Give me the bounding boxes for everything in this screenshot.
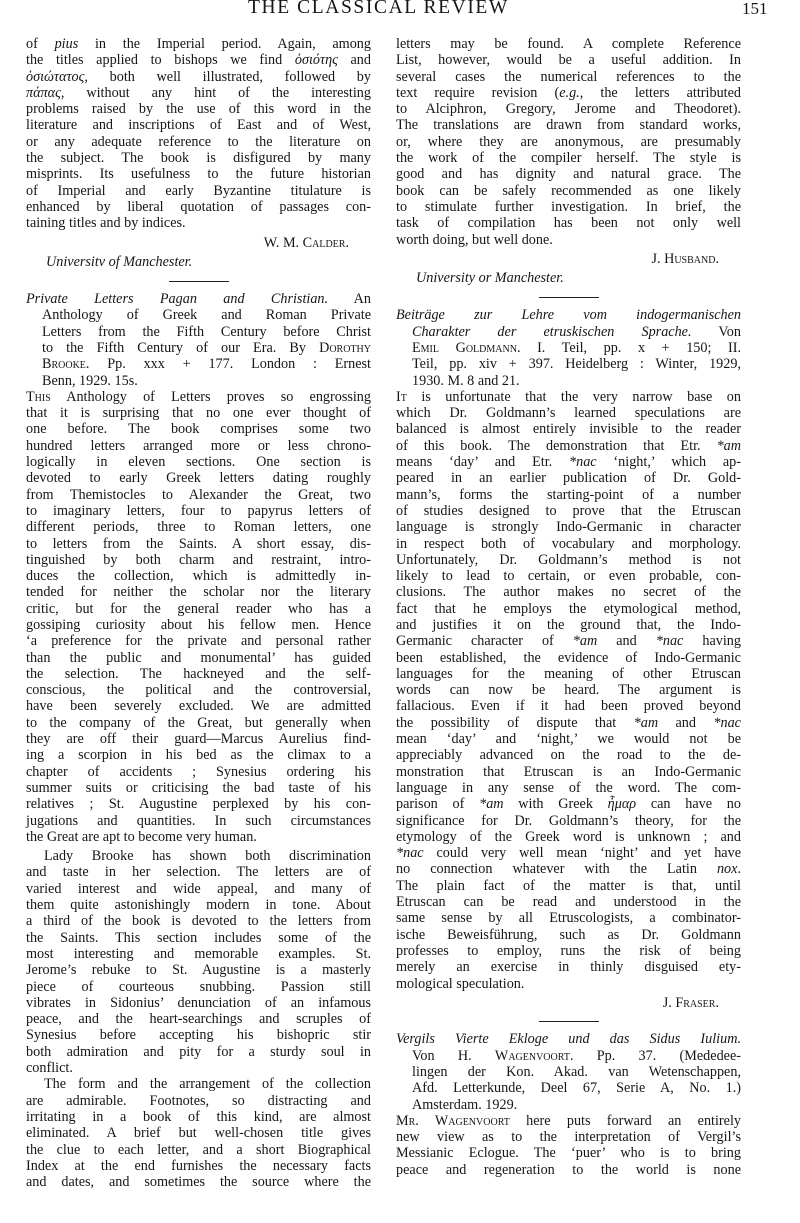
text-line: professes to employ, runs the risk of be… — [396, 943, 741, 959]
text-line: language is strongly Indo-Germanic in ch… — [396, 519, 741, 535]
text-line: clusions. The author makes no secret of … — [396, 584, 741, 600]
citation-line: Anthology of Greek and Roman Private — [26, 307, 371, 323]
text-line: hundred letters arranged more or less ch… — [26, 438, 371, 454]
reviewer-signature: J. Fraser. — [396, 992, 741, 1012]
text-line: Index at the end furnishes the necessary… — [26, 1158, 371, 1174]
reviewer-affiliation: Universitv of Manchester. — [26, 252, 371, 272]
text-line: Lady Brooke has shown both discriminatio… — [26, 848, 371, 864]
text-line: monstration that Etruscan is an Indo-Ger… — [396, 764, 741, 780]
text-line: etymology of the Greek word is unknown ;… — [396, 829, 741, 845]
text-line: Synesius before accepting his bishopric … — [26, 1027, 371, 1043]
text-line: Unfortunately, Dr. Goldmann’s method is … — [396, 552, 741, 568]
text-line: *nac could very well mean ‘night’ and ye… — [396, 845, 741, 861]
text-line: misprints. Its usefulness to the future … — [26, 166, 371, 182]
text-line: they are off their guard—Marcus Aurelius… — [26, 731, 371, 747]
text-line: This Anthology of Letters proves so engr… — [26, 389, 371, 405]
text-line: literature and inscriptions of East and … — [26, 117, 371, 133]
citation-line: Afd. Letterkunde, Deel 67, Serie A, No. … — [396, 1080, 741, 1096]
text-line: than the public and monumental’ has guid… — [26, 650, 371, 666]
text-line: tinguished by both charm and restraint, … — [26, 552, 371, 568]
text-line: and justifies it on the ground that, the… — [396, 617, 741, 633]
text-line: πάπας, without any hint of the interesti… — [26, 85, 371, 101]
text-line: conflict. — [26, 1060, 371, 1076]
text-line: ὁσιώτατος, both well illustrated, follow… — [26, 69, 371, 85]
text-line: varied interest and wide appeal, and man… — [26, 881, 371, 897]
text-line: in respect both of vocabulary and morpho… — [396, 536, 741, 552]
text-line: to Alciphron, Gregory, Jerome and Theodo… — [396, 101, 741, 117]
text-line: most interesting and memorable examples.… — [26, 946, 371, 962]
text-line: mann’s, forms the starting-point of a nu… — [396, 487, 741, 503]
text-line: peared in an earlier publication of Dr. … — [396, 470, 741, 486]
text-line: the work of the compiler herself. The st… — [396, 150, 741, 166]
text-line: peace, and the heart-searchings and scru… — [26, 1011, 371, 1027]
brooke-review-conclusion: letters may be found. A complete Referen… — [396, 36, 741, 248]
citation-line: Benn, 1929. 15s. — [26, 373, 371, 389]
text-line: task of compilation has been not only we… — [396, 215, 741, 231]
text-line: or any adequate reference to the literat… — [26, 134, 371, 150]
text-line: logically in eleven sections. One sectio… — [26, 454, 371, 470]
calder-review-conclusion: of pius in the Imperial period. Again, a… — [26, 36, 371, 232]
text-line: Germanic character of *am and *nac havin… — [396, 633, 741, 649]
text-line: of this book. The demonstration that Etr… — [396, 438, 741, 454]
text-line: different periods, three to Roman letter… — [26, 519, 371, 535]
text-line: The plain fact of the matter is that, un… — [396, 878, 741, 894]
text-line: enhanced by liberal quotation of passage… — [26, 199, 371, 215]
text-line: or, where they are anonymous, are presum… — [396, 134, 741, 150]
brooke-review-paragraph-2: Lady Brooke has shown both discriminatio… — [26, 848, 371, 1076]
text-line: summer suits or criticising the bad tast… — [26, 780, 371, 796]
text-line: book can be safely recommended as one li… — [396, 183, 741, 199]
text-line: mean ‘day’ and ‘night,’ we would not be — [396, 731, 741, 747]
citation-line: Emil Goldmann. I. Teil, pp. x + 150; II. — [396, 340, 741, 356]
goldmann-review-paragraph: It is unfortunate that the very narrow b… — [396, 389, 741, 992]
text-line: tended for neither the scholar nor the l… — [26, 584, 371, 600]
citation-line: Charakter der etruskischen Sprache. Von — [396, 324, 741, 340]
text-line: the titles applied to bishops we find ὁσ… — [26, 52, 371, 68]
text-line: The form and the arrangement of the coll… — [26, 1076, 371, 1092]
text-line: a third of the book is devoted to the le… — [26, 913, 371, 929]
text-line: are admirable. Footnotes, so distracting… — [26, 1093, 371, 1109]
text-line: fallacious. Even if it had been proved b… — [396, 698, 741, 714]
brooke-review-paragraph-1: This Anthology of Letters proves so engr… — [26, 389, 371, 845]
text-line: languages for the meaning of other Etrus… — [396, 666, 741, 682]
reviewer-signature: W. M. Calder. — [26, 232, 371, 252]
text-line: fact that he employs the etymological me… — [396, 601, 741, 617]
section-divider — [539, 1021, 599, 1023]
text-line: to the company of the Great, but general… — [26, 715, 371, 731]
text-line: ‘a preference for the private and person… — [26, 633, 371, 649]
left-column: of pius in the Imperial period. Again, a… — [26, 36, 371, 1190]
text-line: several cases the numerical references t… — [396, 69, 741, 85]
journal-title: THE CLASSICAL REVIEW — [248, 0, 509, 19]
text-line: the clue to each letter, and a short Bio… — [26, 1142, 371, 1158]
text-line: balanced is almost entirely invisible to… — [396, 421, 741, 437]
text-line: Messianic Eclogue. The ‘puer’ who is to … — [396, 1145, 741, 1161]
citation-line: Teil, pp. xiv + 397. Heidelberg : Winter… — [396, 356, 741, 372]
text-line: the Saints. This section includes some o… — [26, 930, 371, 946]
text-line: both admiration and pity for a sturdy so… — [26, 1044, 371, 1060]
page-number: 151 — [742, 0, 768, 19]
right-column: letters may be found. A complete Referen… — [396, 36, 741, 1178]
citation-line: Vergils Vierte Ekloge und das Sidus Iuli… — [396, 1031, 741, 1047]
citation-line: Beiträge zur Lehre vom indogermanischen — [396, 307, 741, 323]
text-line: duces the collection, which is admittedl… — [26, 568, 371, 584]
text-line: relatives ; St. Augustine perplexed by h… — [26, 796, 371, 812]
text-line: no connection whatever with the Latin no… — [396, 861, 741, 877]
citation-line: 1930. M. 8 and 21. — [396, 373, 741, 389]
text-line: language in any sense of the word. The c… — [396, 780, 741, 796]
text-line: ische Beweisführung, such as Dr. Goldman… — [396, 927, 741, 943]
text-line: Etruscan can be read and understood in t… — [396, 894, 741, 910]
text-line: problems raised by the use of this word … — [26, 101, 371, 117]
text-line: devoted to early Greek letters dating ro… — [26, 470, 371, 486]
citation-line: to the Fifth Century of our Era. By Doro… — [26, 340, 371, 356]
reviewer-signature: J. Husband. — [396, 248, 741, 268]
text-line: List, however, would be a useful additio… — [396, 52, 741, 68]
reviewer-affiliation: University or Manchester. — [396, 268, 741, 288]
citation-line: lingen der Kon. Akad. van Wetenschappen, — [396, 1064, 741, 1080]
text-line: of Imperial and early Byzantine titulatu… — [26, 183, 371, 199]
brooke-review-paragraph-3: The form and the arrangement of the coll… — [26, 1076, 371, 1190]
text-line: the subject. The book is disfigured by m… — [26, 150, 371, 166]
text-line: been established, the evidence of Indo-G… — [396, 650, 741, 666]
text-line: letters may be found. A complete Referen… — [396, 36, 741, 52]
text-line: from Themistocles to Alexander the Great… — [26, 487, 371, 503]
text-line: piece of courteous snubbing. Passion sti… — [26, 979, 371, 995]
text-line: merely an exercise in thinly disguised e… — [396, 959, 741, 975]
text-line: means ‘day’ and Etr. *nac ‘night,’ which… — [396, 454, 741, 470]
wagenvoort-review-paragraph: Mr. Wagenvoort here puts forward an enti… — [396, 1113, 741, 1178]
text-line: parison of *am with Greek ἦμαρ can have … — [396, 796, 741, 812]
brooke-citation: Private Letters Pagan and Christian. An … — [26, 291, 371, 389]
text-line: eliminated. A brief but well-chosen titl… — [26, 1125, 371, 1141]
text-line: The translations are drawn from standard… — [396, 117, 741, 133]
text-line: the Great are apt to become very human. — [26, 829, 371, 845]
text-line: good and has dignity and natural grace. … — [396, 166, 741, 182]
text-line: to imaginary letters, four to papyrus le… — [26, 503, 371, 519]
text-line: and taste in her selection. The letters … — [26, 864, 371, 880]
text-line: them quite astonishingly modern in tone.… — [26, 897, 371, 913]
citation-line: Brooke. Pp. xxx + 177. London : Ernest — [26, 356, 371, 372]
text-line: same sense by all Etruscologists, a comb… — [396, 910, 741, 926]
text-line: which Dr. Goldmann’s learned speculation… — [396, 405, 741, 421]
text-line: conscious, the political and the controv… — [26, 682, 371, 698]
text-line: taining titles and by indices. — [26, 215, 371, 231]
text-line: peace and regeneration to the world is n… — [396, 1162, 741, 1178]
citation-line: Private Letters Pagan and Christian. An — [26, 291, 371, 307]
text-line: chapter of accidents ; Synesius ordering… — [26, 764, 371, 780]
text-line: gossiping curiosity about his fellow men… — [26, 617, 371, 633]
text-line: have been severely excluded. We are admi… — [26, 698, 371, 714]
citation-line: Von H. Wagenvoort. Pp. 37. (Mededee- — [396, 1048, 741, 1064]
text-line: ing a scorpion in his bed as the climax … — [26, 747, 371, 763]
text-line: one before. The book comprises some two — [26, 421, 371, 437]
section-divider — [539, 297, 599, 299]
text-line: likely to lead to certain, or even proba… — [396, 568, 741, 584]
citation-line: Letters from the Fifth Century before Ch… — [26, 324, 371, 340]
wagenvoort-citation: Vergils Vierte Ekloge und das Sidus Iuli… — [396, 1031, 741, 1112]
text-line: worth doing, but well done. — [396, 232, 741, 248]
text-line: text require revision (e.g., the letters… — [396, 85, 741, 101]
text-line: critic, but for the general reader who h… — [26, 601, 371, 617]
citation-line: Amsterdam. 1929. — [396, 1097, 741, 1113]
text-line: It is unfortunate that the very narrow b… — [396, 389, 741, 405]
text-line: appreciably advanced on the road to the … — [396, 747, 741, 763]
text-line: significance for Dr. Goldmann’s theory, … — [396, 813, 741, 829]
text-line: the possibility of dispute that *am and … — [396, 715, 741, 731]
text-line: that it is surprising that no one ever t… — [26, 405, 371, 421]
text-line: of pius in the Imperial period. Again, a… — [26, 36, 371, 52]
text-line: to letters from the Saints. A short essa… — [26, 536, 371, 552]
text-line: words can now be heard. The argument is — [396, 682, 741, 698]
text-line: irritating in a book of this kind, are a… — [26, 1109, 371, 1125]
text-line: jugations and quantities. In such circum… — [26, 813, 371, 829]
text-line: new view as to the interpretation of Ver… — [396, 1129, 741, 1145]
text-line: Jerome’s rebuke to St. Augustine is a ma… — [26, 962, 371, 978]
text-line: of studies designed to prove that the Et… — [396, 503, 741, 519]
running-header: THE CLASSICAL REVIEW 151 — [0, 0, 800, 22]
text-line: the selection. The hackneyed and the sel… — [26, 666, 371, 682]
text-line: Mr. Wagenvoort here puts forward an enti… — [396, 1113, 741, 1129]
text-line: mological speculation. — [396, 976, 741, 992]
goldmann-citation: Beiträge zur Lehre vom indogermanischen … — [396, 307, 741, 388]
text-line: to stimulate further investigation. In b… — [396, 199, 741, 215]
text-line: vibrates in Sidonius’ denunciation of an… — [26, 995, 371, 1011]
text-line: and dates, and sometimes the source wher… — [26, 1174, 371, 1190]
section-divider — [169, 281, 229, 283]
